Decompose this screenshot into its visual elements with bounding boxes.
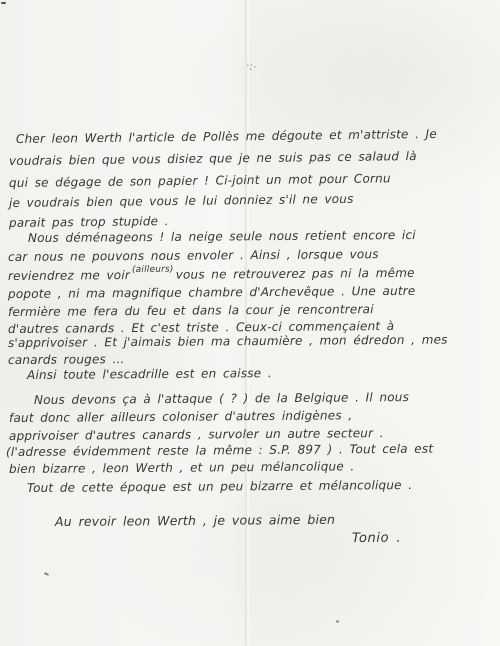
letter-signature: Tonio . [352, 531, 401, 546]
letter-line: car nous ne pouvons nous envoler . Ainsi… [8, 247, 379, 264]
letter-line: Cher leon Werth l'article de Pollès me d… [16, 127, 437, 146]
letter-line: canards rouges ... [8, 352, 125, 367]
letter-line: s'apprivoiser . Et j'aimais bien ma chau… [8, 333, 448, 350]
letter-page: ·:· Cher leon Werth l'article de Pollès … [0, 0, 500, 646]
letter-line: parait pas trop stupide . [9, 214, 169, 230]
paper-speck [1, 2, 6, 4]
letter-line: qui se dégage de son papier ! Ci-joint u… [9, 171, 391, 190]
letter-line: faut donc aller ailleurs coloniser d'aut… [9, 408, 352, 425]
letter-line: Nous déménageons ! la neige seule nous r… [28, 228, 416, 245]
paper-speck [44, 572, 49, 576]
inserted-word: (ailleurs) [132, 265, 174, 275]
paper-speck [336, 620, 339, 623]
letter-line: Tout de cette époque est un peu bizarre … [27, 478, 412, 495]
letter-line-segment: vous ne retrouverez pas ni la même [176, 266, 415, 282]
letter-line: Nous devons ça à l'attaque ( ? ) de la B… [34, 390, 409, 407]
letter-closing: Au revoir leon Werth , je vous aime bien [55, 512, 335, 529]
letter-line: fermière me fera du feu et dans la cour … [8, 302, 374, 319]
letter-line: Ainsi toute l'escadrille est en caisse . [27, 366, 272, 382]
letter-line: apprivoiser d'autres canards , survoler … [9, 426, 384, 443]
letter-line: voudrais bien que vous disiez que je ne … [9, 149, 417, 168]
letter-line: reviendrez me voir(ailleurs)vous ne retr… [8, 266, 415, 283]
letter-line: popote , ni ma magnifique chambre d'Arch… [8, 284, 416, 301]
letter-line: bien bizarre , leon Werth , et un peu mé… [9, 459, 355, 476]
ink-mark: ·:· [245, 59, 258, 74]
letter-line: (l'adresse évidemment reste la même : S.… [6, 442, 433, 459]
letter-line: je voudrais bien que vous le lui donniez… [9, 192, 354, 210]
letter-line-segment: reviendrez me voir [8, 268, 130, 283]
